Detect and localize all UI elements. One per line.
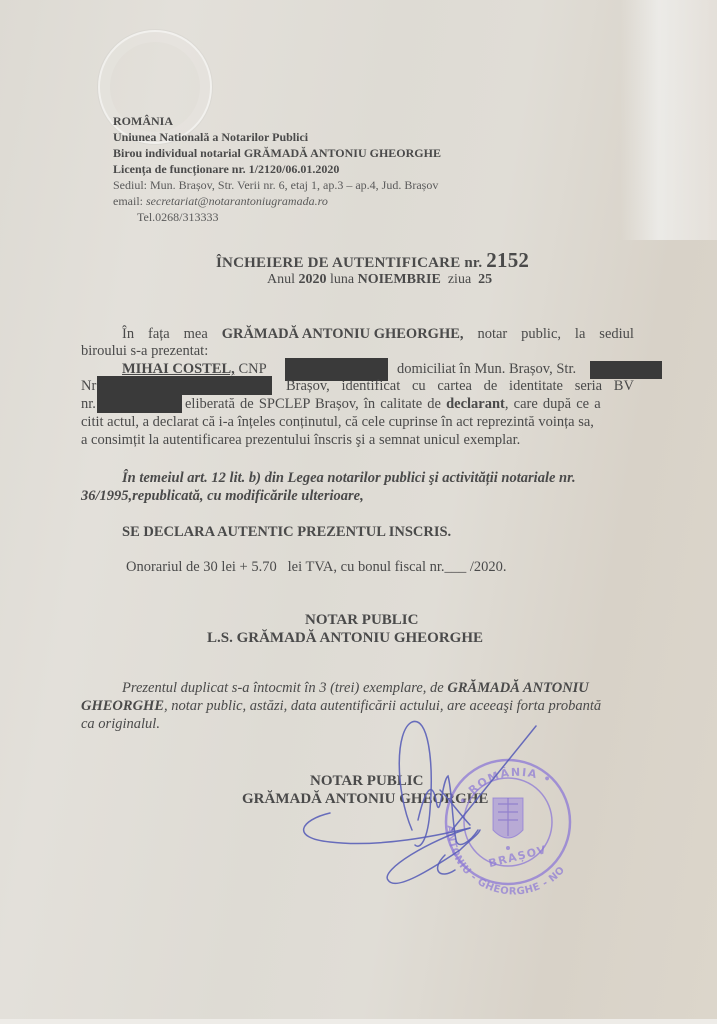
notarial-document-page: ROMÂNIA Uniunea Natională a Notarilor Pu… [0, 0, 717, 1024]
handwritten-signature-icon [0, 0, 717, 1024]
